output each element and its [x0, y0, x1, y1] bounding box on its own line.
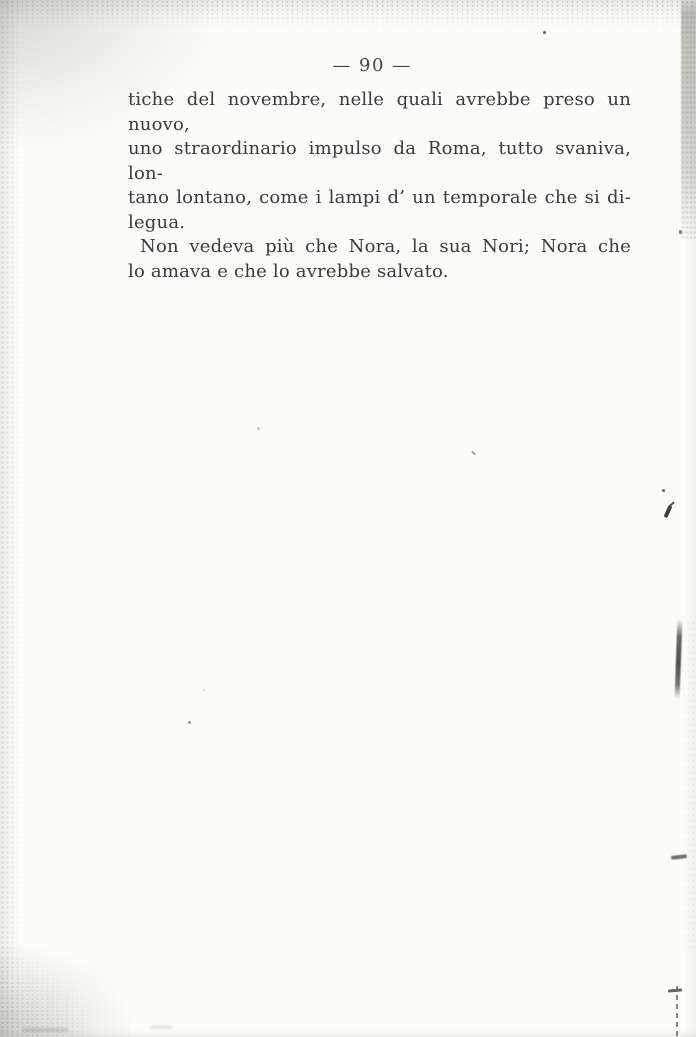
page-edge-left-grain	[0, 0, 24, 1037]
ink-dash-mark	[671, 854, 687, 860]
page-number: — 90 —	[124, 54, 620, 78]
scan-speck	[203, 689, 205, 691]
page-edge-right-shading	[684, 0, 696, 1037]
page-corner-bottom-left-shading	[0, 947, 130, 1037]
scan-speck	[188, 721, 191, 724]
scan-speck	[662, 489, 665, 492]
scan-speck	[679, 230, 682, 234]
text-line: tiche del novembre, nelle quali avrebbe …	[128, 88, 631, 137]
text-line: uno straordinario impulso da Roma, tutto…	[128, 137, 631, 186]
page-edge-right-dark-band	[681, 0, 696, 240]
ink-flick-mark	[664, 505, 673, 519]
body-text: tiche del novembre, nelle quali avrebbe …	[128, 88, 631, 284]
scanned-book-page: — 90 — tiche del novembre, nelle quali a…	[0, 0, 696, 1037]
scan-smudge	[150, 1026, 172, 1029]
ink-streak	[675, 619, 683, 699]
edge-dashed-line	[676, 986, 678, 1037]
text-line: lo amava e che lo avrebbe salvato.	[128, 260, 631, 285]
page-edge-right-mottle	[676, 620, 696, 950]
scan-smudge	[22, 1028, 68, 1032]
text-line: Non vedeva più che Nora, la sua Nori; No…	[128, 235, 631, 260]
scan-speck	[543, 31, 546, 34]
scan-speck	[257, 427, 260, 430]
page-corner-bottom-left-grain	[0, 957, 90, 1037]
ink-flick-mark	[669, 501, 675, 506]
text-line: tano lontano, come i lampi d’ un tempora…	[128, 186, 631, 211]
scan-speck	[471, 451, 476, 456]
edge-cross-mark	[668, 988, 682, 992]
page-edge-top-grain	[0, 0, 696, 30]
text-line: legua.	[128, 211, 631, 236]
page-edge-bottom-shading	[0, 1030, 696, 1037]
